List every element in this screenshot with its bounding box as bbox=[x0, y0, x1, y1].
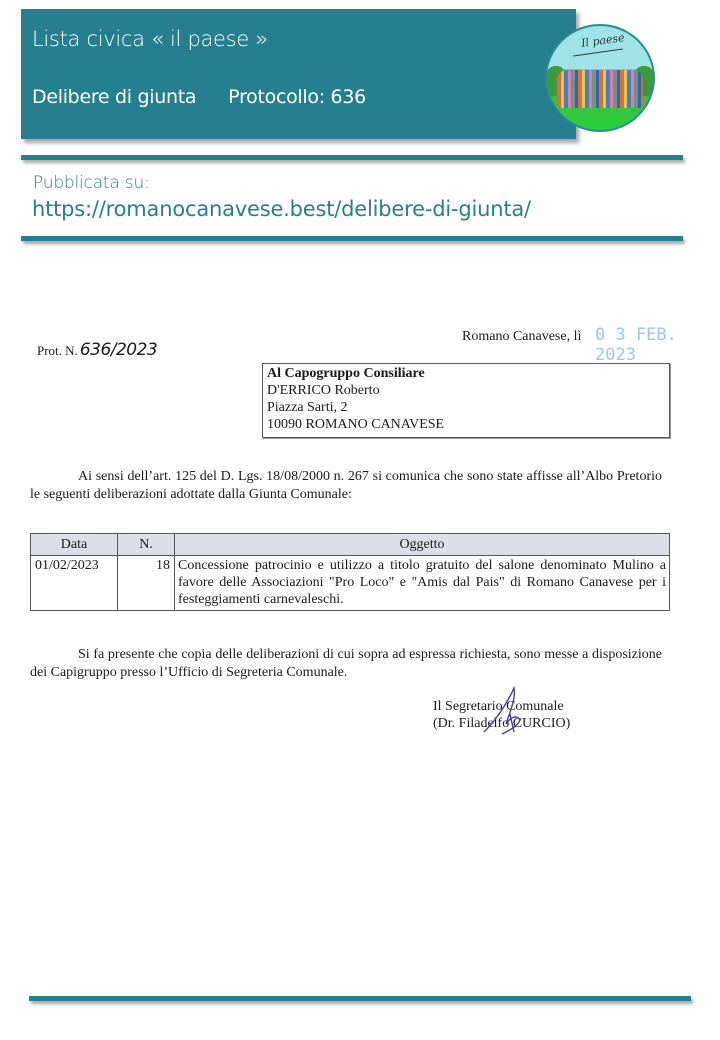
closing-text: Si fa presente che copia delle deliberaz… bbox=[30, 647, 662, 680]
publication-url-link[interactable]: https://romanocanavese.best/delibere-di-… bbox=[32, 197, 531, 221]
place-date: Romano Canavese, lì bbox=[462, 329, 581, 345]
table-row: 01/02/2023 18 Concessione patrocinio e u… bbox=[31, 556, 670, 611]
column-header-number: N. bbox=[118, 534, 175, 556]
closing-paragraph: Si fa presente che copia delle deliberaz… bbox=[30, 646, 662, 681]
recipient-heading: Al Capogruppo Consiliare bbox=[267, 365, 669, 382]
protocol-label: Protocollo: 636 bbox=[228, 86, 366, 108]
logo-text: Il paese bbox=[580, 31, 625, 50]
il-paese-logo: Il paese bbox=[545, 24, 655, 132]
intro-text: Ai sensi dell’art. 125 del D. Lgs. 18/08… bbox=[30, 469, 662, 502]
logo-underline bbox=[573, 49, 623, 57]
protocol-number: Prot. N.636/2023 bbox=[37, 340, 157, 360]
handwritten-signature-icon bbox=[480, 684, 530, 736]
divider bbox=[21, 155, 683, 160]
deliberations-table: Data N. Oggetto 01/02/2023 18 Concession… bbox=[30, 533, 670, 611]
cell-subject: Concessione patrocinio e utilizzo a tito… bbox=[175, 556, 670, 611]
header-banner: Lista civica « il paese » Delibere di gi… bbox=[21, 9, 576, 139]
recipient-address-box: Al Capogruppo Consiliare D'ERRICO Robert… bbox=[262, 363, 670, 438]
table-header-row: Data N. Oggetto bbox=[31, 534, 670, 556]
prot-handwritten-number: 636/2023 bbox=[80, 340, 157, 360]
footer-divider bbox=[29, 996, 691, 1001]
recipient-street: Piazza Sarti, 2 bbox=[267, 399, 669, 416]
intro-paragraph: Ai sensi dell’art. 125 del D. Lgs. 18/08… bbox=[30, 468, 662, 503]
cell-number: 18 bbox=[118, 556, 175, 611]
group-of-people-icon bbox=[557, 70, 643, 108]
recipient-city: 10090 ROMANO CANAVESE bbox=[267, 416, 669, 433]
published-on-label: Pubblicata su: bbox=[33, 173, 150, 193]
header-subtitle: Delibere di giuntaProtocollo: 636 bbox=[32, 86, 366, 108]
cell-date: 01/02/2023 bbox=[31, 556, 118, 611]
header-title: Lista civica « il paese » bbox=[32, 27, 268, 51]
date-stamp: 0 3 FEB. 2023 bbox=[595, 325, 720, 365]
prot-label: Prot. N. bbox=[37, 343, 78, 358]
divider bbox=[21, 236, 683, 241]
column-header-data: Data bbox=[31, 534, 118, 556]
column-header-oggetto: Oggetto bbox=[175, 534, 670, 556]
section-label: Delibere di giunta bbox=[32, 86, 196, 108]
recipient-name: D'ERRICO Roberto bbox=[267, 382, 669, 399]
